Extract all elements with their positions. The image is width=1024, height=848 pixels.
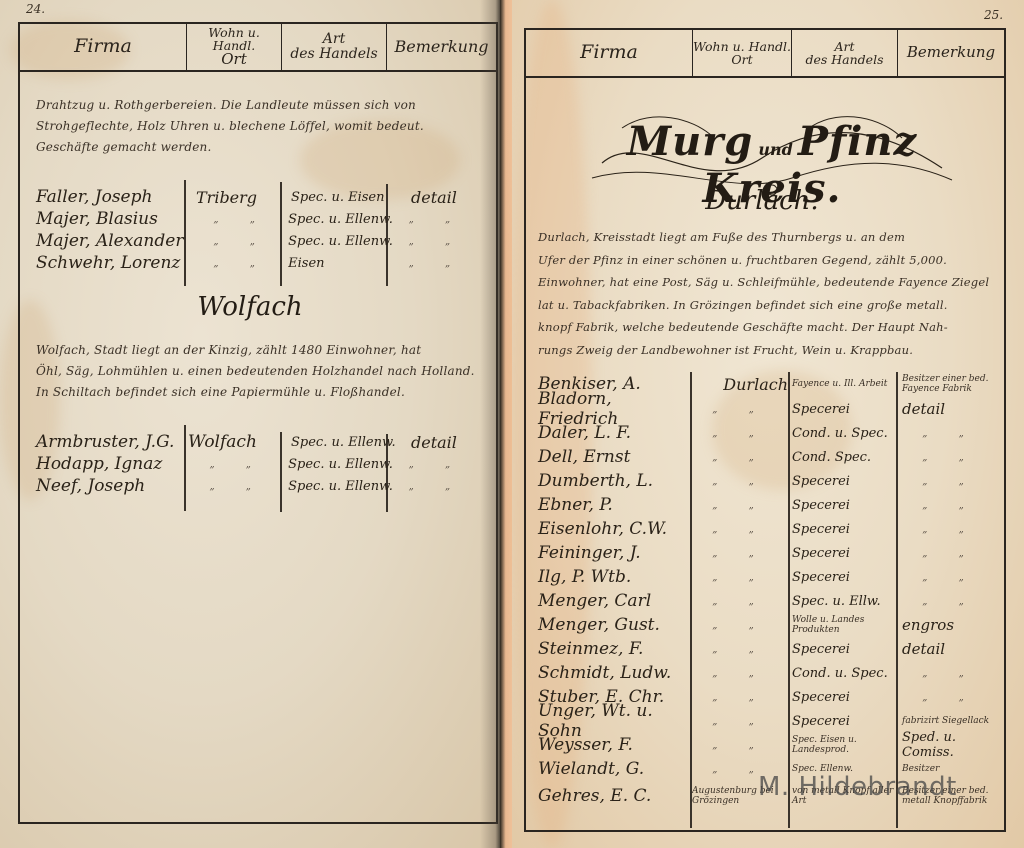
durlach-paragraph: Durlach, Kreisstadt liegt am Fuße des Th… [538, 226, 1000, 361]
section-title-wolfach: Wolfach [180, 292, 320, 322]
intro-paragraph: Drahtzug u. Rothgerbereien. Die Landleut… [36, 95, 486, 158]
bemerkung-cell: „ „ [902, 476, 998, 487]
ort-cell: „ „ [194, 258, 288, 269]
firma-cell: Schmidt, Ludw. [538, 663, 692, 683]
bemerkung-cell: „ „ [902, 500, 998, 511]
ort-cell: „ „ [692, 644, 788, 655]
ort-cell: „ „ [692, 428, 788, 439]
header-ort: Wohn u. Handl. Ort [187, 24, 282, 70]
art-cell: Specerei [788, 474, 902, 489]
ort-cell: „ „ [692, 596, 788, 607]
bemerkung-cell: fabrizirt Siegellack [902, 716, 998, 726]
ort-cell: „ „ [692, 740, 788, 751]
firma-cell: Dumberth, L. [538, 471, 692, 491]
bemerkung-cell: „ „ [397, 214, 476, 225]
bemerkung-cell: „ „ [902, 452, 998, 463]
paragraph-line: Öhl, Säg, Lohmühlen u. einen bedeutenden… [36, 361, 491, 382]
ort-cell: „ „ [194, 214, 288, 225]
firma-cell: Feininger, J. [538, 543, 692, 563]
header-ort-line2: Ort [221, 52, 247, 68]
art-cell: Cond. u. Spec. [788, 666, 902, 681]
entry-row: Majer, Alexander „ „ Spec. u. Ellenw. „ … [36, 230, 476, 252]
entry-row: Schmidt, Ludw. „ „ Cond. u. Spec. „ „ [538, 661, 998, 685]
entry-row: Dell, Ernst „ „ Cond. Spec. „ „ [538, 445, 998, 469]
entry-row: Bladorn, Friedrich „ „ Specerei detail [538, 397, 998, 421]
art-cell: Specerei [788, 642, 902, 657]
entry-row: Feininger, J. „ „ Specerei „ „ [538, 541, 998, 565]
firma-cell: Majer, Alexander [36, 231, 194, 251]
art-cell: Spec. u. Ellenw. [288, 234, 397, 249]
art-cell: Fayence u. Ill. Arbeit [788, 379, 902, 389]
header-art: Art des Handels [282, 24, 387, 70]
entry-row: Faller, Joseph Triberg Spec. u. Eisen de… [36, 186, 476, 208]
durlach-entries: Benkiser, A. Durlach Fayence u. Ill. Arb… [538, 371, 998, 811]
ort-cell: „ „ [692, 692, 788, 703]
entry-row: Schwehr, Lorenz „ „ Eisen „ „ [36, 252, 476, 274]
bemerkung-cell: „ „ [902, 548, 998, 559]
bemerkung-cell: „ „ [902, 692, 998, 703]
firma-cell: Menger, Carl [538, 591, 692, 611]
ort-cell: „ „ [692, 572, 788, 583]
column-header-row: Firma Wohn u. Handl. Ort Art des Handels… [526, 30, 1004, 78]
bemerkung-cell: „ „ [902, 524, 998, 535]
bemerkung-cell: „ „ [397, 459, 476, 470]
art-cell: Spec. u. Eisen [291, 190, 401, 205]
firma-cell: Steinmez, F. [538, 639, 692, 659]
triberg-entries: Faller, Joseph Triberg Spec. u. Eisen de… [36, 186, 476, 274]
kreis-title-und: und [758, 140, 792, 159]
header-art-line2: des Handels [805, 53, 883, 66]
art-cell: Wolle u. Landes Produkten [788, 615, 902, 635]
bemerkung-cell: „ „ [902, 428, 998, 439]
art-cell: Cond. u. Spec. [788, 426, 902, 441]
column-header-row: Firma Wohn u. Handl. Ort Art des Handels… [20, 24, 496, 72]
ort-cell: „ „ [692, 548, 788, 559]
paragraph-line: Wolfach, Stadt liegt an der Kinzig, zähl… [36, 340, 491, 361]
bemerkung-cell: engros [902, 616, 998, 634]
paragraph-line: rungs Zweig der Landbewohner ist Frucht,… [538, 339, 1000, 362]
page-number: 24. [26, 2, 45, 16]
art-cell: Specerei [788, 690, 902, 705]
section-title-durlach: Durlach. [672, 186, 852, 216]
ort-cell: „ „ [692, 668, 788, 679]
entry-row: Neef, Joseph „ „ Spec. u. Ellenw. „ „ [36, 475, 476, 497]
entry-row: Ebner, P. „ „ Specerei „ „ [538, 493, 998, 517]
ort-cell: „ „ [692, 524, 788, 535]
paragraph-line: Strohgeflechte, Holz Uhren u. blechene L… [36, 116, 486, 137]
paragraph-line: Durlach, Kreisstadt liegt am Fuße des Th… [538, 226, 1000, 249]
firma-cell: Armbruster, J.G. [36, 432, 188, 452]
left-page: 24. Firma Wohn u. Handl. Ort Art des Han… [0, 0, 500, 848]
bemerkung-cell: Sped. u. Comiss. [902, 730, 998, 760]
right-page: 25. Firma Wohn u. Handl. Ort Art des Han… [512, 0, 1024, 848]
firma-cell: Hodapp, Ignaz [36, 454, 186, 474]
watermark: M. Hildebrandt [758, 772, 957, 802]
entry-row: Menger, Gust. „ „ Wolle u. Landes Produk… [538, 613, 998, 637]
art-cell: Spec. u. Ellenw. [288, 212, 397, 227]
ort-cell: Durlach [692, 375, 788, 394]
bemerkung-cell: „ „ [902, 668, 998, 679]
firma-cell: Schwehr, Lorenz [36, 253, 194, 273]
art-cell: Specerei [788, 570, 902, 585]
entry-row: Majer, Blasius „ „ Spec. u. Ellenw. „ „ [36, 208, 476, 230]
header-art: Art des Handels [792, 30, 898, 76]
art-cell: Spec. u. Ellenw. [288, 479, 397, 494]
kreis-title-murg: Murg [627, 118, 753, 165]
bemerkung-cell: „ „ [902, 596, 998, 607]
header-ort-line1: Wohn u. Handl. [187, 26, 281, 52]
bemerkung-cell: „ „ [902, 572, 998, 583]
header-art-line1: Art [323, 32, 345, 47]
firma-cell: Weysser, F. [538, 735, 692, 755]
wolfach-entries: Armbruster, J.G. Wolfach Spec. u. Ellenw… [36, 431, 476, 497]
firma-cell: Gehres, E. C. [538, 786, 692, 806]
bemerkung-cell: „ „ [397, 258, 476, 269]
paragraph-line: Geschäfte gemacht werden. [36, 137, 486, 158]
ort-cell: Wolfach [188, 432, 291, 452]
ort-cell: „ „ [186, 481, 288, 492]
paragraph-line: In Schiltach befindet sich eine Papiermü… [36, 382, 491, 403]
art-cell: Cond. Spec. [788, 450, 902, 465]
header-art-line2: des Handels [290, 47, 377, 62]
art-cell: Specerei [788, 714, 902, 729]
firma-cell: Ebner, P. [538, 495, 692, 515]
ort-cell: „ „ [692, 716, 788, 727]
bemerkung-cell: „ „ [397, 481, 476, 492]
art-cell: Specerei [788, 522, 902, 537]
ort-cell: „ „ [186, 459, 288, 470]
header-ort-line2: Ort [731, 53, 752, 66]
bemerkung-cell: „ „ [397, 236, 476, 247]
bemerkung-cell: detail [401, 188, 457, 207]
firma-cell: Dell, Ernst [538, 447, 692, 467]
paragraph-line: Drahtzug u. Rothgerbereien. Die Landleut… [36, 95, 486, 116]
ort-cell: „ „ [692, 500, 788, 511]
entry-row: Armbruster, J.G. Wolfach Spec. u. Ellenw… [36, 431, 476, 453]
header-bemerkung: Bemerkung [898, 30, 1004, 76]
entry-row: Ilg, P. Wtb. „ „ Specerei „ „ [538, 565, 998, 589]
art-cell: Specerei [788, 546, 902, 561]
art-cell: Specerei [788, 402, 902, 417]
bemerkung-cell: detail [401, 433, 457, 452]
header-firma: Firma [20, 24, 187, 70]
firma-cell: Daler, L. F. [538, 423, 692, 443]
firma-cell: Ilg, P. Wtb. [538, 567, 692, 587]
ort-cell: „ „ [692, 404, 788, 415]
bemerkung-cell: detail [902, 640, 998, 658]
header-ort: Wohn u. Handl. Ort [693, 30, 792, 76]
art-cell: Spec. u. Ellw. [788, 594, 902, 609]
paragraph-line: knopf Fabrik, welche bedeutende Geschäft… [538, 316, 1000, 339]
ort-cell: „ „ [692, 452, 788, 463]
ort-cell: „ „ [692, 476, 788, 487]
page-number: 25. [984, 8, 1003, 22]
entry-row: Hodapp, Ignaz „ „ Spec. u. Ellenw. „ „ [36, 453, 476, 475]
ort-cell: Triberg [196, 188, 291, 207]
firma-cell: Menger, Gust. [538, 615, 692, 635]
firma-cell: Faller, Joseph [36, 187, 196, 207]
entry-row: Daler, L. F. „ „ Cond. u. Spec. „ „ [538, 421, 998, 445]
art-cell: Eisen [288, 256, 397, 271]
entry-row: Weysser, F. „ „ Spec. Eisen u. Landespro… [538, 733, 998, 757]
header-firma: Firma [526, 30, 693, 76]
ort-cell: „ „ [692, 620, 788, 631]
paragraph-line: lat u. Tabackfabriken. In Grözingen befi… [538, 294, 1000, 317]
entry-row: Eisenlohr, C.W. „ „ Specerei „ „ [538, 517, 998, 541]
art-cell: Specerei [788, 498, 902, 513]
firma-cell: Neef, Joseph [36, 476, 186, 496]
paragraph-line: Einwohner, hat eine Post, Säg u. Schleif… [538, 271, 1000, 294]
ort-cell: „ „ [194, 236, 288, 247]
entry-row: Steinmez, F. „ „ Specerei detail [538, 637, 998, 661]
firma-cell: Wielandt, G. [538, 759, 692, 779]
bemerkung-cell: Besitzer einer bed. Fayence Fabrik [902, 374, 998, 394]
entry-row: Dumberth, L. „ „ Specerei „ „ [538, 469, 998, 493]
paragraph-line: Ufer der Pfinz in einer schönen u. fruch… [538, 249, 1000, 272]
open-ledger-book: 24. Firma Wohn u. Handl. Ort Art des Han… [0, 0, 1024, 848]
art-cell: Spec. u. Ellenw. [288, 457, 397, 472]
wolfach-paragraph: Wolfach, Stadt liegt an der Kinzig, zähl… [36, 340, 491, 403]
art-cell: Spec. u. Ellenw. [291, 435, 401, 450]
firma-cell: Majer, Blasius [36, 209, 194, 229]
spine-shadow [480, 0, 502, 848]
bemerkung-cell: detail [902, 400, 998, 418]
firma-cell: Eisenlohr, C.W. [538, 519, 692, 539]
entry-row: Menger, Carl „ „ Spec. u. Ellw. „ „ [538, 589, 998, 613]
art-cell: Spec. Eisen u. Landesprod. [788, 735, 902, 755]
